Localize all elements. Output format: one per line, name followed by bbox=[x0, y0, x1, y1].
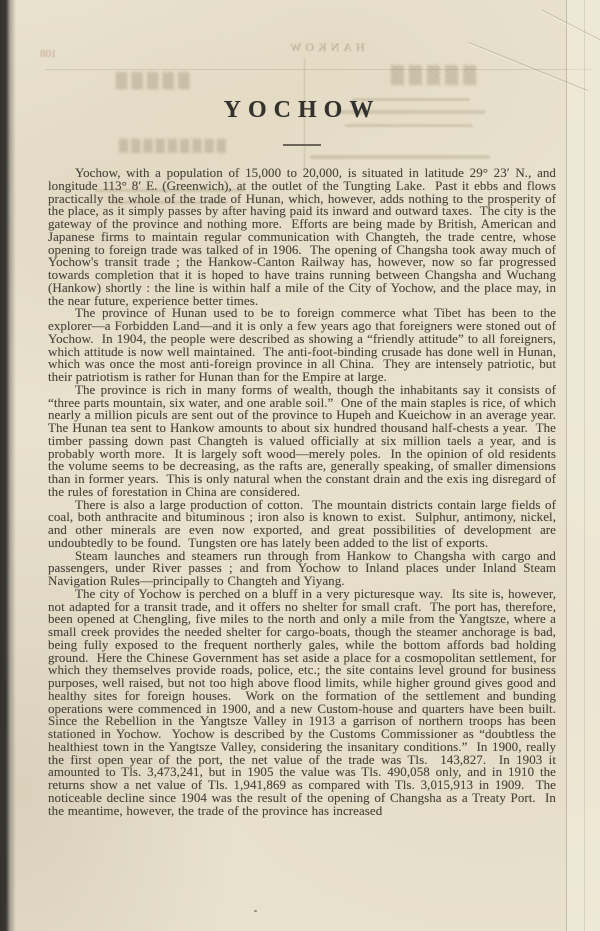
paragraph-intro: Yochow, with a population of 15,000 to 2… bbox=[48, 167, 556, 307]
page-edge-crease bbox=[584, 0, 585, 931]
page-edge-crease bbox=[566, 0, 567, 931]
page-title: YOCHOW bbox=[48, 0, 556, 124]
page-content: YOCHOW Yochow, with a population of 15,0… bbox=[0, 0, 600, 931]
paragraph-hunan-province: The province of Hunan used to be to fore… bbox=[48, 307, 556, 384]
paragraph-city-and-trade: The city of Yochow is perched on a bluff… bbox=[48, 588, 556, 818]
scanned-book-page: HANKOW 108 ▓▓▓▓▓ ▓▓▓▓▓ ▓▓▓▓▓▓▓▓▓ YOCHOW … bbox=[0, 0, 600, 931]
paragraph-minerals: There is also a large production of cott… bbox=[48, 499, 556, 550]
article-body: Yochow, with a population of 15,000 to 2… bbox=[48, 167, 556, 817]
ink-speck bbox=[254, 910, 257, 912]
title-divider-rule bbox=[283, 144, 321, 146]
paragraph-steamers: Steam launches and steamers run through … bbox=[48, 550, 556, 588]
book-binding-edge bbox=[0, 0, 16, 931]
paragraph-wealth: The province is rich in many forms of we… bbox=[48, 384, 556, 499]
